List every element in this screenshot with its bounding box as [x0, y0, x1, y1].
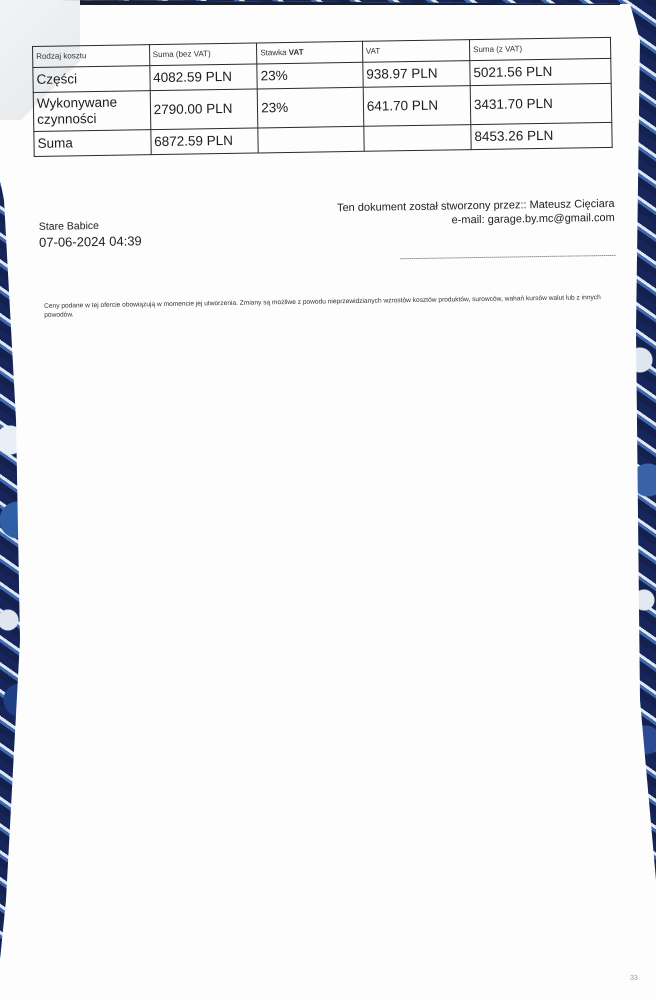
- header-cost-type: Rodzaj kosztu: [33, 45, 150, 68]
- cell-gross: 3431.70 PLN: [470, 83, 612, 124]
- cell-type: Wykonywane czynności: [33, 91, 150, 132]
- cell-net: 6872.59 PLN: [150, 128, 258, 155]
- document-datetime: 07-06-2024 04:39: [39, 233, 142, 250]
- cell-rate: 23%: [257, 62, 363, 89]
- cost-table: Rodzaj kosztu Suma (bez VAT) Stawka VAT …: [32, 37, 613, 157]
- invoice-document: Rodzaj kosztu Suma (bez VAT) Stawka VAT …: [32, 37, 618, 157]
- paper-sheet: Rodzaj kosztu Suma (bez VAT) Stawka VAT …: [0, 0, 656, 1000]
- cell-type: Suma: [34, 130, 151, 157]
- page-number: 33: [630, 975, 638, 982]
- cell-net: 4082.59 PLN: [149, 64, 257, 91]
- header-vat-rate-bold: VAT: [289, 48, 304, 57]
- header-vat-rate-prefix: Stawka: [260, 48, 289, 57]
- header-vat-rate: Stawka VAT: [257, 41, 363, 64]
- cell-rate: [258, 126, 364, 153]
- place-label: Stare Babice: [39, 220, 99, 233]
- header-net-sum: Suma (bez VAT): [149, 43, 257, 66]
- signature-line: [400, 255, 615, 259]
- header-vat: VAT: [362, 40, 470, 63]
- price-disclaimer: Ceny podane w tej ofercie obowiązują w m…: [44, 293, 604, 320]
- cell-gross: 5021.56 PLN: [470, 58, 611, 85]
- cell-vat: [364, 125, 472, 152]
- cell-vat: 938.97 PLN: [363, 61, 471, 88]
- cell-vat: 641.70 PLN: [363, 86, 471, 127]
- header-gross-sum: Suma (z VAT): [469, 37, 610, 60]
- cell-net: 2790.00 PLN: [150, 89, 258, 130]
- cell-type: Części: [33, 66, 150, 93]
- cell-rate: 23%: [257, 87, 363, 128]
- author-block: Ten dokument został stworzony przez:: Ma…: [337, 197, 615, 229]
- cell-gross: 8453.26 PLN: [471, 122, 612, 149]
